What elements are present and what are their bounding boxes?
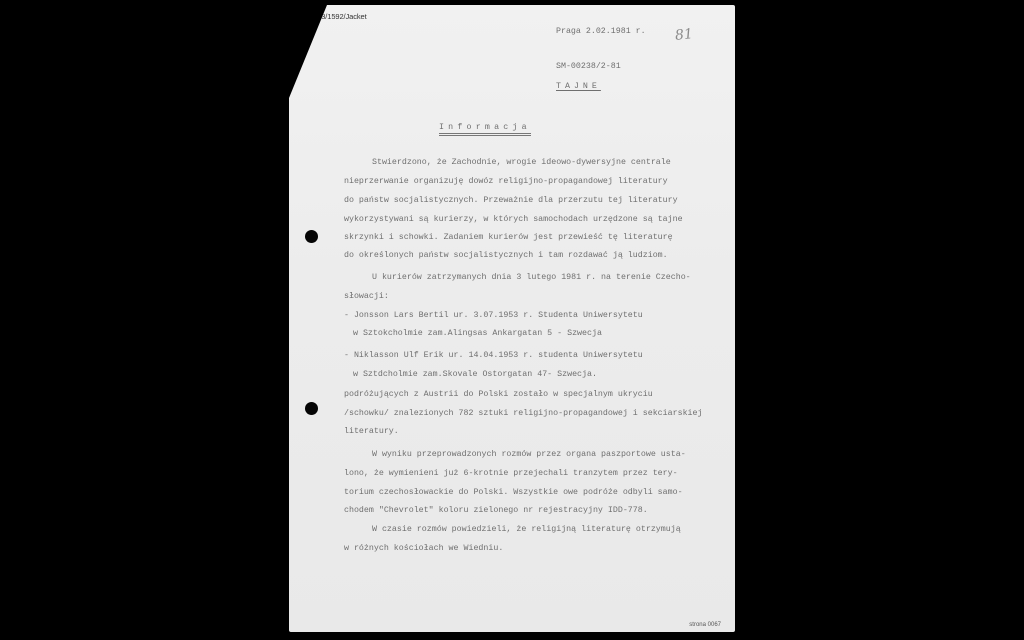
document-title: Informacja [439,123,531,134]
document-date: Praga 2.02.1981 r. [556,27,646,36]
document-number: SM-00238/2-81 [556,62,621,71]
body-line: chodem "Chevrolet" koloru zielonego nr r… [344,506,648,515]
body-line: W wyniku przeprowadzonych rozmów przez o… [372,450,686,459]
archive-reference-stamp: 1283/1592/Jacket [309,12,367,21]
body-line: w Sztdcholmie zam.Skovale Ostorgatan 47-… [353,370,597,379]
body-line: /schowku/ znalezionych 782 sztuki religi… [344,409,702,418]
body-line: w Sztokcholmie zam.Alingsas Ankargatan 5… [353,329,602,338]
handwritten-page-mark: 81 [674,26,693,44]
scanned-page: 1283/1592/Jacket Praga 2.02.1981 r. 81 S… [289,5,735,632]
classification-label: TAJNE [556,82,601,91]
body-line: Stwierdzono, że Zachodnie, wrogie ideowo… [372,158,671,167]
body-line: literatury. [344,427,399,436]
body-line: w różnych kościołach we Wiedniu. [344,544,503,553]
page-number-label: strona 0067 [689,622,721,628]
body-line: do określonych państw socjalistycznych i… [344,251,668,260]
body-line: nieprzerwanie organizuję dowóz religijno… [344,177,668,186]
body-line: skrzynki i schowki. Zadaniem kurierów je… [344,233,673,242]
body-line: podróżujących z Austrii do Polski został… [344,390,653,399]
body-line: - Niklasson Ulf Erik ur. 14.04.1953 r. s… [344,351,643,360]
document-viewer: 1283/1592/Jacket Praga 2.02.1981 r. 81 S… [0,0,1024,640]
body-line: torium czechosłowackie do Polski. Wszyst… [344,488,683,497]
body-line: U kurierów zatrzymanych dnia 3 lutego 19… [372,273,691,282]
punch-hole [305,402,318,415]
body-line: - Jonsson Lars Bertil ur. 3.07.1953 r. S… [344,311,643,320]
body-line: słowacji: [344,292,389,301]
body-line: wykorzystywani są kurierzy, w których sa… [344,215,683,224]
punch-hole [305,230,318,243]
body-line: lono, że wymienieni już 6-krotnie przeje… [344,469,678,478]
body-line: do państw socjalistycznych. Przeważnie d… [344,196,678,205]
body-line: W czasie rozmów powiedzieli, że religijn… [372,525,681,534]
